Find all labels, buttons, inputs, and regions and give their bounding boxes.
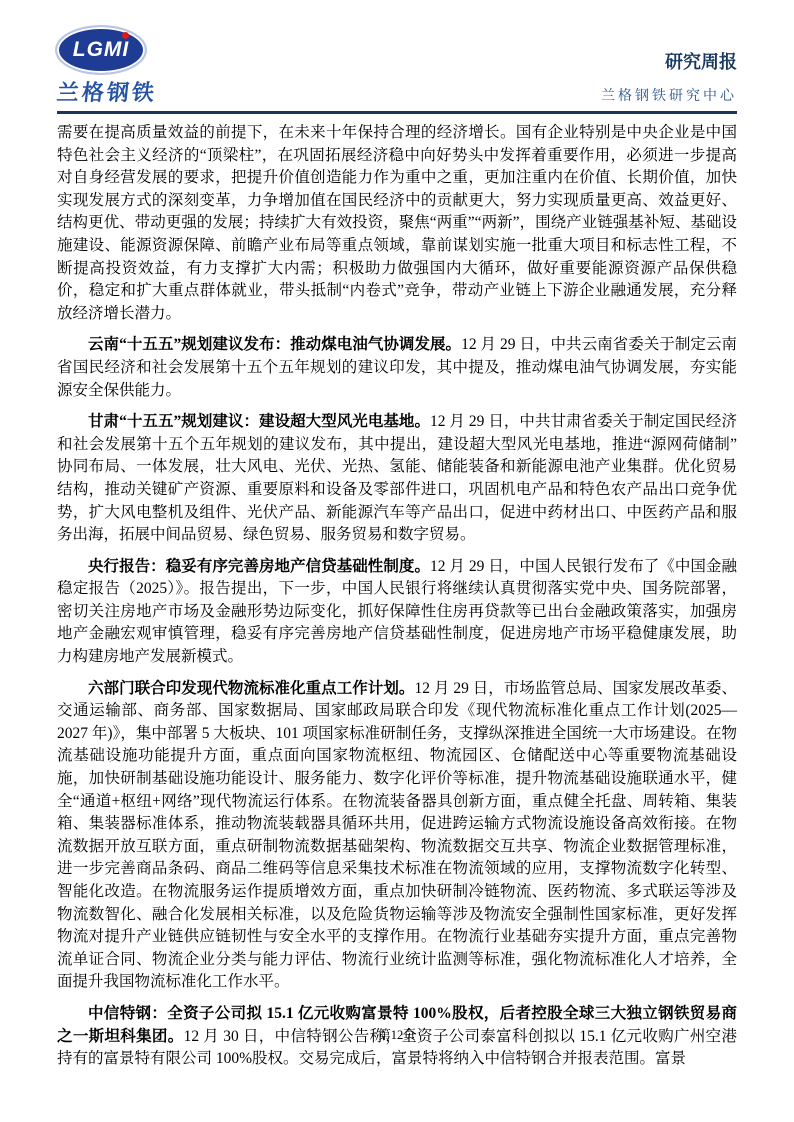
- logo-company-name: 兰格钢铁: [55, 76, 158, 107]
- body-paragraph-logistics: 六部门联合印发现代物流标准化重点工作计划。12 月 29 日，市场监管总局、国家…: [57, 678, 737, 994]
- paragraph-lead: 央行报告：稳妥有序完善房地产信贷基础性制度。: [88, 558, 430, 575]
- paragraph-text: 需要在提高质量效益的前提下，在未来十年保持合理的经济增长。国有企业特别是中央企业…: [57, 124, 737, 322]
- page-header: LGMI 兰格钢铁 研究周报 兰格钢铁研究中心: [57, 0, 737, 114]
- body-paragraph-continuation: 需要在提高质量效益的前提下，在未来十年保持合理的经济增长。国有企业特别是中央企业…: [57, 122, 737, 325]
- research-center-name: 兰格钢铁研究中心: [601, 85, 737, 105]
- page-footer: 第12页: [0, 1025, 794, 1043]
- paragraph-text: 12 月 29 日，市场监管总局、国家发展改革委、交通运输部、商务部、国家数据局…: [57, 680, 737, 991]
- body-paragraph-gansu: 甘肃“十五五”规划建议：建设超大型风光电基地。12 月 29 日，中共甘肃省委关…: [57, 411, 737, 547]
- body-paragraph-yunnan: 云南“十五五”规划建议发布：推动煤电油气协调发展。12 月 29 日，中共云南省…: [57, 334, 737, 402]
- body-paragraph-pboc: 央行报告：稳妥有序完善房地产信贷基础性制度。12 月 29 日，中国人民银行发布…: [57, 556, 737, 669]
- paragraph-lead: 云南“十五五”规划建议发布：推动煤电油气协调发展。: [88, 336, 461, 353]
- report-page: LGMI 兰格钢铁 研究周报 兰格钢铁研究中心 需要在提高质量效益的前提下，在未…: [0, 0, 794, 1122]
- report-body: 需要在提高质量效益的前提下，在未来十年保持合理的经济增长。国有企业特别是中央企业…: [57, 122, 737, 1080]
- paragraph-lead: 六部门联合印发现代物流标准化重点工作计划。: [88, 680, 414, 697]
- logo-acronym: LGMI: [73, 38, 130, 62]
- paragraph-lead: 甘肃“十五五”规划建议：建设超大型风光电基地。: [88, 413, 430, 430]
- lgmi-logo-icon: LGMI: [57, 27, 145, 73]
- logo-red-dot-icon: [122, 32, 129, 39]
- report-type-title: 研究周报: [601, 48, 737, 74]
- company-logo: LGMI 兰格钢铁: [57, 27, 157, 107]
- paragraph-text: 12 月 29 日，中共甘肃省委关于制定国民经济和社会发展第十五个五年规划的建议…: [57, 413, 737, 543]
- header-titles: 研究周报 兰格钢铁研究中心: [601, 48, 737, 107]
- page-number: 第12页: [378, 1028, 416, 1042]
